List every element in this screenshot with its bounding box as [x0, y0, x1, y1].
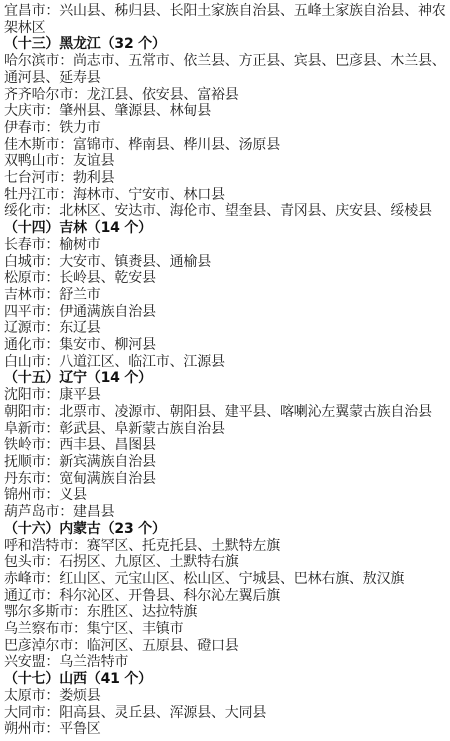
- list-line: 大庆市：肇州县、肇源县、林甸县: [4, 103, 449, 120]
- section-heading: （十四）吉林（14 个）: [4, 220, 449, 237]
- list-line: 大同市：阳高县、灵丘县、浑源县、大同县: [4, 705, 449, 722]
- list-line: 阜新市：彰武县、阜新蒙古族自治县: [4, 421, 449, 438]
- list-line: 抚顺市：新宾满族自治县: [4, 454, 449, 471]
- document: 宜昌市：兴山县、秭归县、长阳土家族自治县、五峰土家族自治县、神农架林区 （十三）…: [0, 0, 450, 738]
- list-line: 白城市：大安市、镇赉县、通榆县: [4, 254, 449, 271]
- section-heading: （十三）黑龙江（32 个）: [4, 36, 449, 53]
- list-line: 佳木斯市：富锦市、桦南县、桦川县、汤原县: [4, 137, 449, 154]
- list-line: 呼和浩特市：赛罕区、托克托县、土默特左旗: [4, 538, 449, 555]
- list-line: 太原市：娄烦县: [4, 688, 449, 705]
- list-line: 丹东市：宽甸满族自治县: [4, 471, 449, 488]
- list-line: 白山市：八道江区、临江市、江源县: [4, 354, 449, 371]
- list-line: 双鸭山市：友谊县: [4, 153, 449, 170]
- list-line: 锦州市：义县: [4, 487, 449, 504]
- section-heading: （十五）辽宁（14 个）: [4, 370, 449, 387]
- list-line: 长春市：榆树市: [4, 237, 449, 254]
- list-line: 四平市：伊通满族自治县: [4, 304, 449, 321]
- list-line: 吉林市：舒兰市: [4, 287, 449, 304]
- list-line: 绥化市：北林区、安达市、海伦市、望奎县、青冈县、庆安县、绥棱县: [4, 203, 449, 220]
- list-line: 兴安盟：乌兰浩特市: [4, 654, 449, 671]
- list-line: 通辽市：科尔沁区、开鲁县、科尔沁左翼后旗: [4, 588, 449, 605]
- list-line: 松原市：长岭县、乾安县: [4, 270, 449, 287]
- list-line: 巴彦淖尔市：临河区、五原县、磴口县: [4, 638, 449, 655]
- list-line: 牡丹江市：海林市、宁安市、林口县: [4, 187, 449, 204]
- list-line: 葫芦岛市：建昌县: [4, 504, 449, 521]
- list-line: 宜昌市：兴山县、秭归县、长阳土家族自治县、五峰土家族自治县、神农架林区: [4, 3, 449, 36]
- list-line: 朝阳市：北票市、凌源市、朝阳县、建平县、喀喇沁左翼蒙古族自治县: [4, 404, 449, 421]
- list-line: 齐齐哈尔市：龙江县、依安县、富裕县: [4, 87, 449, 104]
- list-line: 包头市：石拐区、九原区、土默特右旗: [4, 554, 449, 571]
- list-line: 鄂尔多斯市：东胜区、达拉特旗: [4, 604, 449, 621]
- section-heading: （十七）山西（41 个）: [4, 671, 449, 688]
- section-heading: （十六）内蒙古（23 个）: [4, 521, 449, 538]
- list-line: 铁岭市：西丰县、昌图县: [4, 437, 449, 454]
- list-line: 乌兰察布市：集宁区、丰镇市: [4, 621, 449, 638]
- list-line: 通化市：集安市、柳河县: [4, 337, 449, 354]
- list-line: 沈阳市：康平县: [4, 387, 449, 404]
- list-line: 伊春市：铁力市: [4, 120, 449, 137]
- list-line: 七台河市：勃利县: [4, 170, 449, 187]
- list-line: 赤峰市：红山区、元宝山区、松山区、宁城县、巴林右旗、敖汉旗: [4, 571, 449, 588]
- list-line: 哈尔滨市：尚志市、五常市、依兰县、方正县、宾县、巴彦县、木兰县、通河县、延寿县: [4, 53, 449, 86]
- list-line: 辽源市：东辽县: [4, 320, 449, 337]
- list-line: 朔州市：平鲁区: [4, 721, 449, 738]
